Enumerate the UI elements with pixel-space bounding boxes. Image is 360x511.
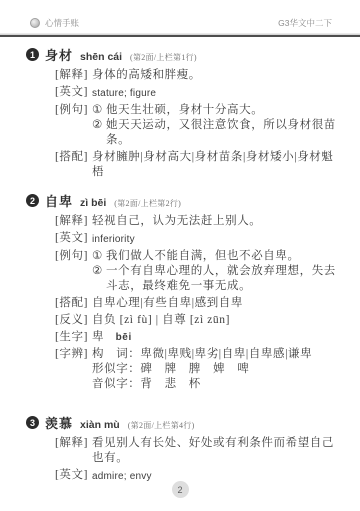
new-char-row: [生字] 卑 bēi <box>55 330 336 345</box>
entry-shencai: 1 身材 shēn cái (第2面/上栏第1行) [解释] 身体的高矮和胖瘦。… <box>26 45 336 180</box>
collocation-label: [搭配] <box>55 296 92 311</box>
collocation-row: [搭配] 自卑心理|有些自卑|感到自卑 <box>55 296 336 311</box>
analysis-value: 卑微|卑贱|卑劣|自卑|自卑感|谦卑 <box>140 347 336 362</box>
example-number: ② <box>92 264 106 294</box>
example-number: ② <box>92 118 106 148</box>
explain-label: [解释] <box>55 436 92 466</box>
collocation-label: [搭配] <box>55 150 92 180</box>
page-header: 心情手账 G3华文中二下 <box>26 17 336 29</box>
example-item: ② 她天天运动，又很注意饮食，所以身材很苗条。 <box>92 118 336 148</box>
char-analysis-list: 构 词： 卑微|卑贱|卑劣|自卑|自卑感|谦卑 形似字： 碑 牌 脾 婢 啤 音… <box>92 347 336 392</box>
explain-text: 身体的高矮和胖瘦。 <box>92 68 336 83</box>
example-text: 他天生壮硕，身材十分高大。 <box>106 103 336 118</box>
example-item: ① 我们做人不能自满，但也不必自卑。 <box>92 249 336 264</box>
entry-rows: [解释] 身体的高矮和胖瘦。 [英文] stature; figure [例句]… <box>26 68 336 180</box>
analysis-similar-form: 形似字： 碑 牌 脾 婢 啤 <box>92 362 336 377</box>
entry-word: 身材 <box>45 45 73 64</box>
course-label: G3华文中二下 <box>278 17 332 29</box>
explain-label: [解释] <box>55 68 92 83</box>
analysis-key: 音似字： <box>92 377 140 392</box>
entry-location: (第2面/上栏第1行) <box>130 52 197 63</box>
explain-row: [解释] 轻视自己，认为无法赶上别人。 <box>55 214 336 229</box>
example-item: ② 一个有自卑心理的人，就会放弃理想，失去斗志，最终难免一事无成。 <box>92 264 336 294</box>
char-analysis-row: [字辨] 构 词： 卑微|卑贱|卑劣|自卑|自卑感|谦卑 形似字： 碑 牌 脾 … <box>55 347 336 392</box>
example-text: 一个有自卑心理的人，就会放弃理想，失去斗志，最终难免一事无成。 <box>106 264 336 294</box>
entry-pinyin: shēn cái <box>80 51 122 63</box>
antonym-text: 自负 [zì fù] | 自尊 [zì zūn] <box>92 313 336 328</box>
collocation-text: 身材臃肿|身材高大|身材苗条|身材矮小|身材魁梧 <box>92 150 336 180</box>
antonym-row: [反义] 自负 [zì fù] | 自尊 [zì zūn] <box>55 313 336 328</box>
char-analysis-label: [字辨] <box>55 347 92 392</box>
english-text: stature; figure <box>92 85 336 101</box>
english-row: [英文] inferiority <box>55 231 336 247</box>
example-label: [例句] <box>55 249 92 294</box>
collocation-row: [搭配] 身材臃肿|身材高大|身材苗条|身材矮小|身材魁梧 <box>55 150 336 180</box>
vocab-page: 心情手账 G3华文中二下 1 身材 shēn cái (第2面/上栏第1行) [… <box>0 0 360 511</box>
entry-xianmu: 3 羡慕 xiàn mù (第2面/上栏第4行) [解释] 看见别人有长处、好处… <box>26 413 336 484</box>
page-number-badge: 2 <box>172 481 189 498</box>
analysis-key: 构 词： <box>92 347 140 362</box>
entry-rows: [解释] 轻视自己，认为无法赶上别人。 [英文] inferiority [例句… <box>26 214 336 392</box>
explain-text: 轻视自己，认为无法赶上别人。 <box>92 214 336 229</box>
example-row: [例句] ① 他天生壮硕，身材十分高大。 ② 她天天运动，又很注意饮食，所以身材… <box>55 103 336 148</box>
entry-headline: 1 身材 shēn cái (第2面/上栏第1行) <box>26 45 336 64</box>
entry-number-badge: 1 <box>26 48 39 61</box>
entry-pinyin: zì bēi <box>80 197 106 209</box>
header-divider <box>0 35 360 37</box>
english-row: [英文] stature; figure <box>55 85 336 101</box>
example-list: ① 我们做人不能自满，但也不必自卑。 ② 一个有自卑心理的人，就会放弃理想，失去… <box>92 249 336 294</box>
entry-location: (第2面/上栏第2行) <box>114 198 181 209</box>
analysis-similar-sound: 音似字： 背 悲 杯 <box>92 377 336 392</box>
brand: 心情手账 <box>30 17 79 29</box>
new-char-value: 卑 bēi <box>92 330 336 345</box>
example-item: ① 他天生壮硕，身材十分高大。 <box>92 103 336 118</box>
example-list: ① 他天生壮硕，身材十分高大。 ② 她天天运动，又很注意饮食，所以身材很苗条。 <box>92 103 336 148</box>
antonym-label: [反义] <box>55 313 92 328</box>
example-number: ① <box>92 249 106 264</box>
english-label: [英文] <box>55 85 92 101</box>
entry-number-badge: 2 <box>26 194 39 207</box>
entry-word: 自卑 <box>45 191 73 210</box>
entry-headline: 3 羡慕 xiàn mù (第2面/上栏第4行) <box>26 413 336 432</box>
analysis-value: 背 悲 杯 <box>140 377 336 392</box>
explain-row: [解释] 身体的高矮和胖瘦。 <box>55 68 336 83</box>
page-footer: 2 <box>0 481 360 498</box>
collocation-text: 自卑心理|有些自卑|感到自卑 <box>92 296 336 311</box>
entry-headline: 2 自卑 zì bēi (第2面/上栏第2行) <box>26 191 336 210</box>
explain-row: [解释] 看见别人有长处、好处或有利条件而希望自己也有。 <box>55 436 336 466</box>
new-char-label: [生字] <box>55 330 92 345</box>
brand-logo-icon <box>30 18 40 28</box>
entry-rows: [解释] 看见别人有长处、好处或有利条件而希望自己也有。 [英文] admire… <box>26 436 336 484</box>
entry-pinyin: xiàn mù <box>80 419 120 431</box>
new-char-pinyin: bēi <box>116 332 132 343</box>
entry-word: 羡慕 <box>45 413 73 432</box>
entry-number-badge: 3 <box>26 416 39 429</box>
explain-label: [解释] <box>55 214 92 229</box>
entry-location: (第2面/上栏第4行) <box>128 420 195 431</box>
analysis-compounds: 构 词： 卑微|卑贱|卑劣|自卑|自卑感|谦卑 <box>92 347 336 362</box>
example-text: 她天天运动，又很注意饮食，所以身材很苗条。 <box>106 118 336 148</box>
example-row: [例句] ① 我们做人不能自满，但也不必自卑。 ② 一个有自卑心理的人，就会放弃… <box>55 249 336 294</box>
english-text: inferiority <box>92 231 336 247</box>
example-text: 我们做人不能自满，但也不必自卑。 <box>106 249 336 264</box>
entry-zibei: 2 自卑 zì bēi (第2面/上栏第2行) [解释] 轻视自己，认为无法赶上… <box>26 191 336 392</box>
example-number: ① <box>92 103 106 118</box>
example-label: [例句] <box>55 103 92 148</box>
explain-text: 看见别人有长处、好处或有利条件而希望自己也有。 <box>92 436 336 466</box>
analysis-key: 形似字： <box>92 362 140 377</box>
analysis-value: 碑 牌 脾 婢 啤 <box>140 362 336 377</box>
english-label: [英文] <box>55 231 92 247</box>
new-char: 卑 <box>92 331 104 343</box>
brand-label: 心情手账 <box>45 17 79 29</box>
